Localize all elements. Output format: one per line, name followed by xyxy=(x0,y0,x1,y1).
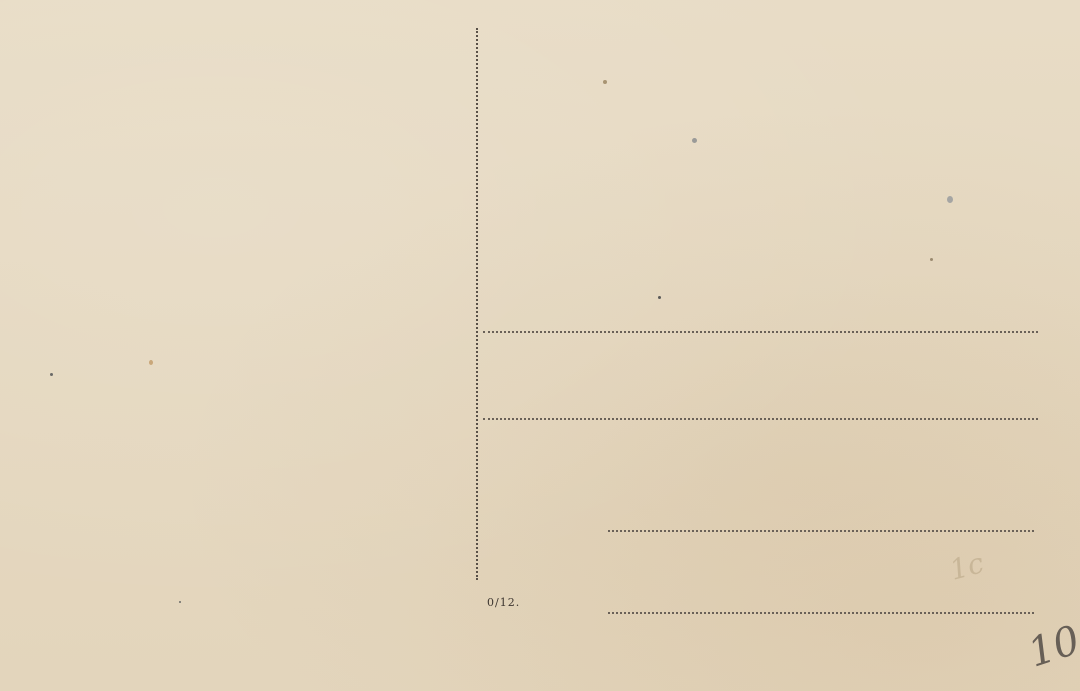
paper-speck xyxy=(50,373,53,376)
address-line-2 xyxy=(483,418,1038,420)
paper-speck xyxy=(930,258,933,261)
paper-speck xyxy=(658,296,661,299)
paper-speck xyxy=(149,360,153,365)
print-code: 0/12. xyxy=(487,596,520,609)
paper-speck xyxy=(179,601,181,603)
handwritten-number: 105 xyxy=(1023,609,1080,676)
paper-speck xyxy=(692,138,697,143)
paper-speck xyxy=(947,196,953,203)
postcard-back: 0/12. 1c 105 xyxy=(0,0,1080,691)
paper-speck xyxy=(603,80,607,84)
address-line-3 xyxy=(608,530,1034,532)
vertical-divider xyxy=(476,28,478,580)
address-line-1 xyxy=(483,331,1038,333)
address-line-4 xyxy=(608,612,1034,614)
pencil-mark: 1c xyxy=(946,546,987,587)
